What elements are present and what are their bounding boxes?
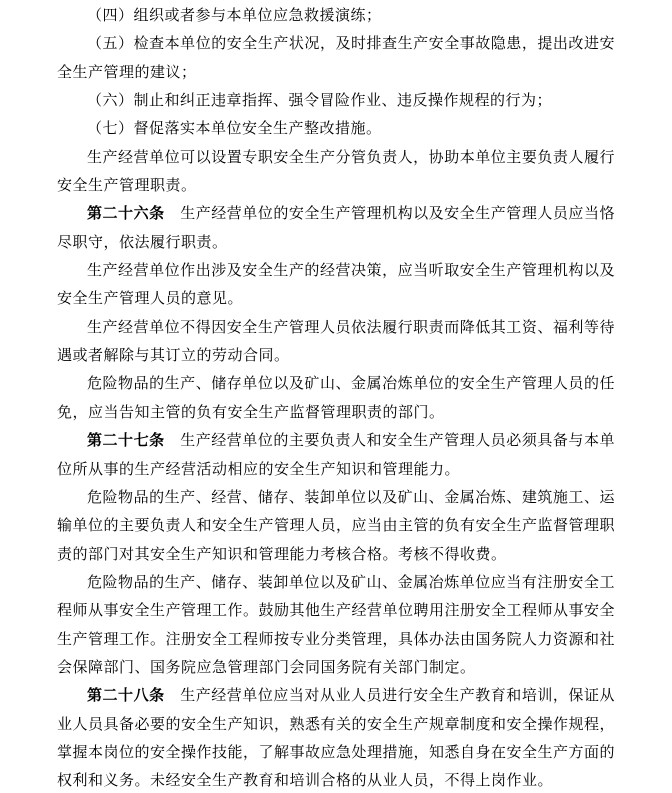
paragraph: 生产经营单位不得因安全生产管理人员依法履行职责而降低其工资、福利等待遇或者解除与…	[57, 313, 615, 370]
document-body: （四）组织或者参与本单位应急救援演练；（五）检查本单位的安全生产状况，及时排查生…	[57, 1, 615, 793]
paragraph-text: 生产经营单位不得因安全生产管理人员依法履行职责而降低其工资、福利等待遇或者解除与…	[57, 318, 615, 364]
article-number: 第二十八条	[87, 686, 165, 704]
paragraph: 生产经营单位可以设置专职安全生产分管负责人，协助本单位主要负责人履行安全生产管理…	[57, 143, 615, 200]
paragraph: 生产经营单位作出涉及安全生产的经营决策，应当听取安全生产管理机构以及安全生产管理…	[57, 256, 615, 313]
article-number: 第二十七条	[87, 431, 165, 449]
paragraph-text: （五）检查本单位的安全生产状况，及时排查生产安全事故隐患，提出改进安全生产管理的…	[57, 34, 615, 80]
paragraph: 第二十七条 生产经营单位的主要负责人和安全生产管理人员必须具备与本单位所从事的生…	[57, 426, 615, 483]
paragraph: 第二十六条 生产经营单位的安全生产管理机构以及安全生产管理人员应当恪尽职守，依法…	[57, 199, 615, 256]
paragraph-text: （七）督促落实本单位安全生产整改措施。	[87, 119, 382, 137]
paragraph-text: 生产经营单位可以设置专职安全生产分管负责人，协助本单位主要负责人履行安全生产管理…	[57, 148, 615, 194]
paragraph-text: 危险物品的生产、储存、装卸单位以及矿山、金属冶炼单位应当有注册安全工程师从事安全…	[57, 573, 615, 676]
paragraph-text: （四）组织或者参与本单位应急救援演练；	[87, 6, 382, 24]
paragraph: （五）检查本单位的安全生产状况，及时排查生产安全事故隐患，提出改进安全生产管理的…	[57, 29, 615, 86]
paragraph-text: （六）制止和纠正违章指挥、强令冒险作业、违反操作规程的行为；	[87, 91, 552, 109]
paragraph: 危险物品的生产、经营、储存、装卸单位以及矿山、金属冶炼、建筑施工、运输单位的主要…	[57, 483, 615, 568]
paragraph: （四）组织或者参与本单位应急救援演练；	[57, 1, 615, 29]
paragraph: 危险物品的生产、储存、装卸单位以及矿山、金属冶炼单位应当有注册安全工程师从事安全…	[57, 568, 615, 681]
document-page: （四）组织或者参与本单位应急救援演练；（五）检查本单位的安全生产状况，及时排查生…	[0, 0, 672, 793]
paragraph-text: 生产经营单位作出涉及安全生产的经营决策，应当听取安全生产管理机构以及安全生产管理…	[57, 261, 615, 307]
paragraph: 第二十八条 生产经营单位应当对从业人员进行安全生产教育和培训，保证从业人员具备必…	[57, 681, 615, 793]
paragraph: （七）督促落实本单位安全生产整改措施。	[57, 114, 615, 142]
paragraph: 危险物品的生产、储存单位以及矿山、金属冶炼单位的安全生产管理人员的任免，应当告知…	[57, 369, 615, 426]
paragraph-text: 危险物品的生产、储存单位以及矿山、金属冶炼单位的安全生产管理人员的任免，应当告知…	[57, 374, 615, 420]
article-number: 第二十六条	[87, 204, 165, 222]
paragraph: （六）制止和纠正违章指挥、强令冒险作业、违反操作规程的行为；	[57, 86, 615, 114]
paragraph-text: 危险物品的生产、经营、储存、装卸单位以及矿山、金属冶炼、建筑施工、运输单位的主要…	[57, 488, 615, 563]
